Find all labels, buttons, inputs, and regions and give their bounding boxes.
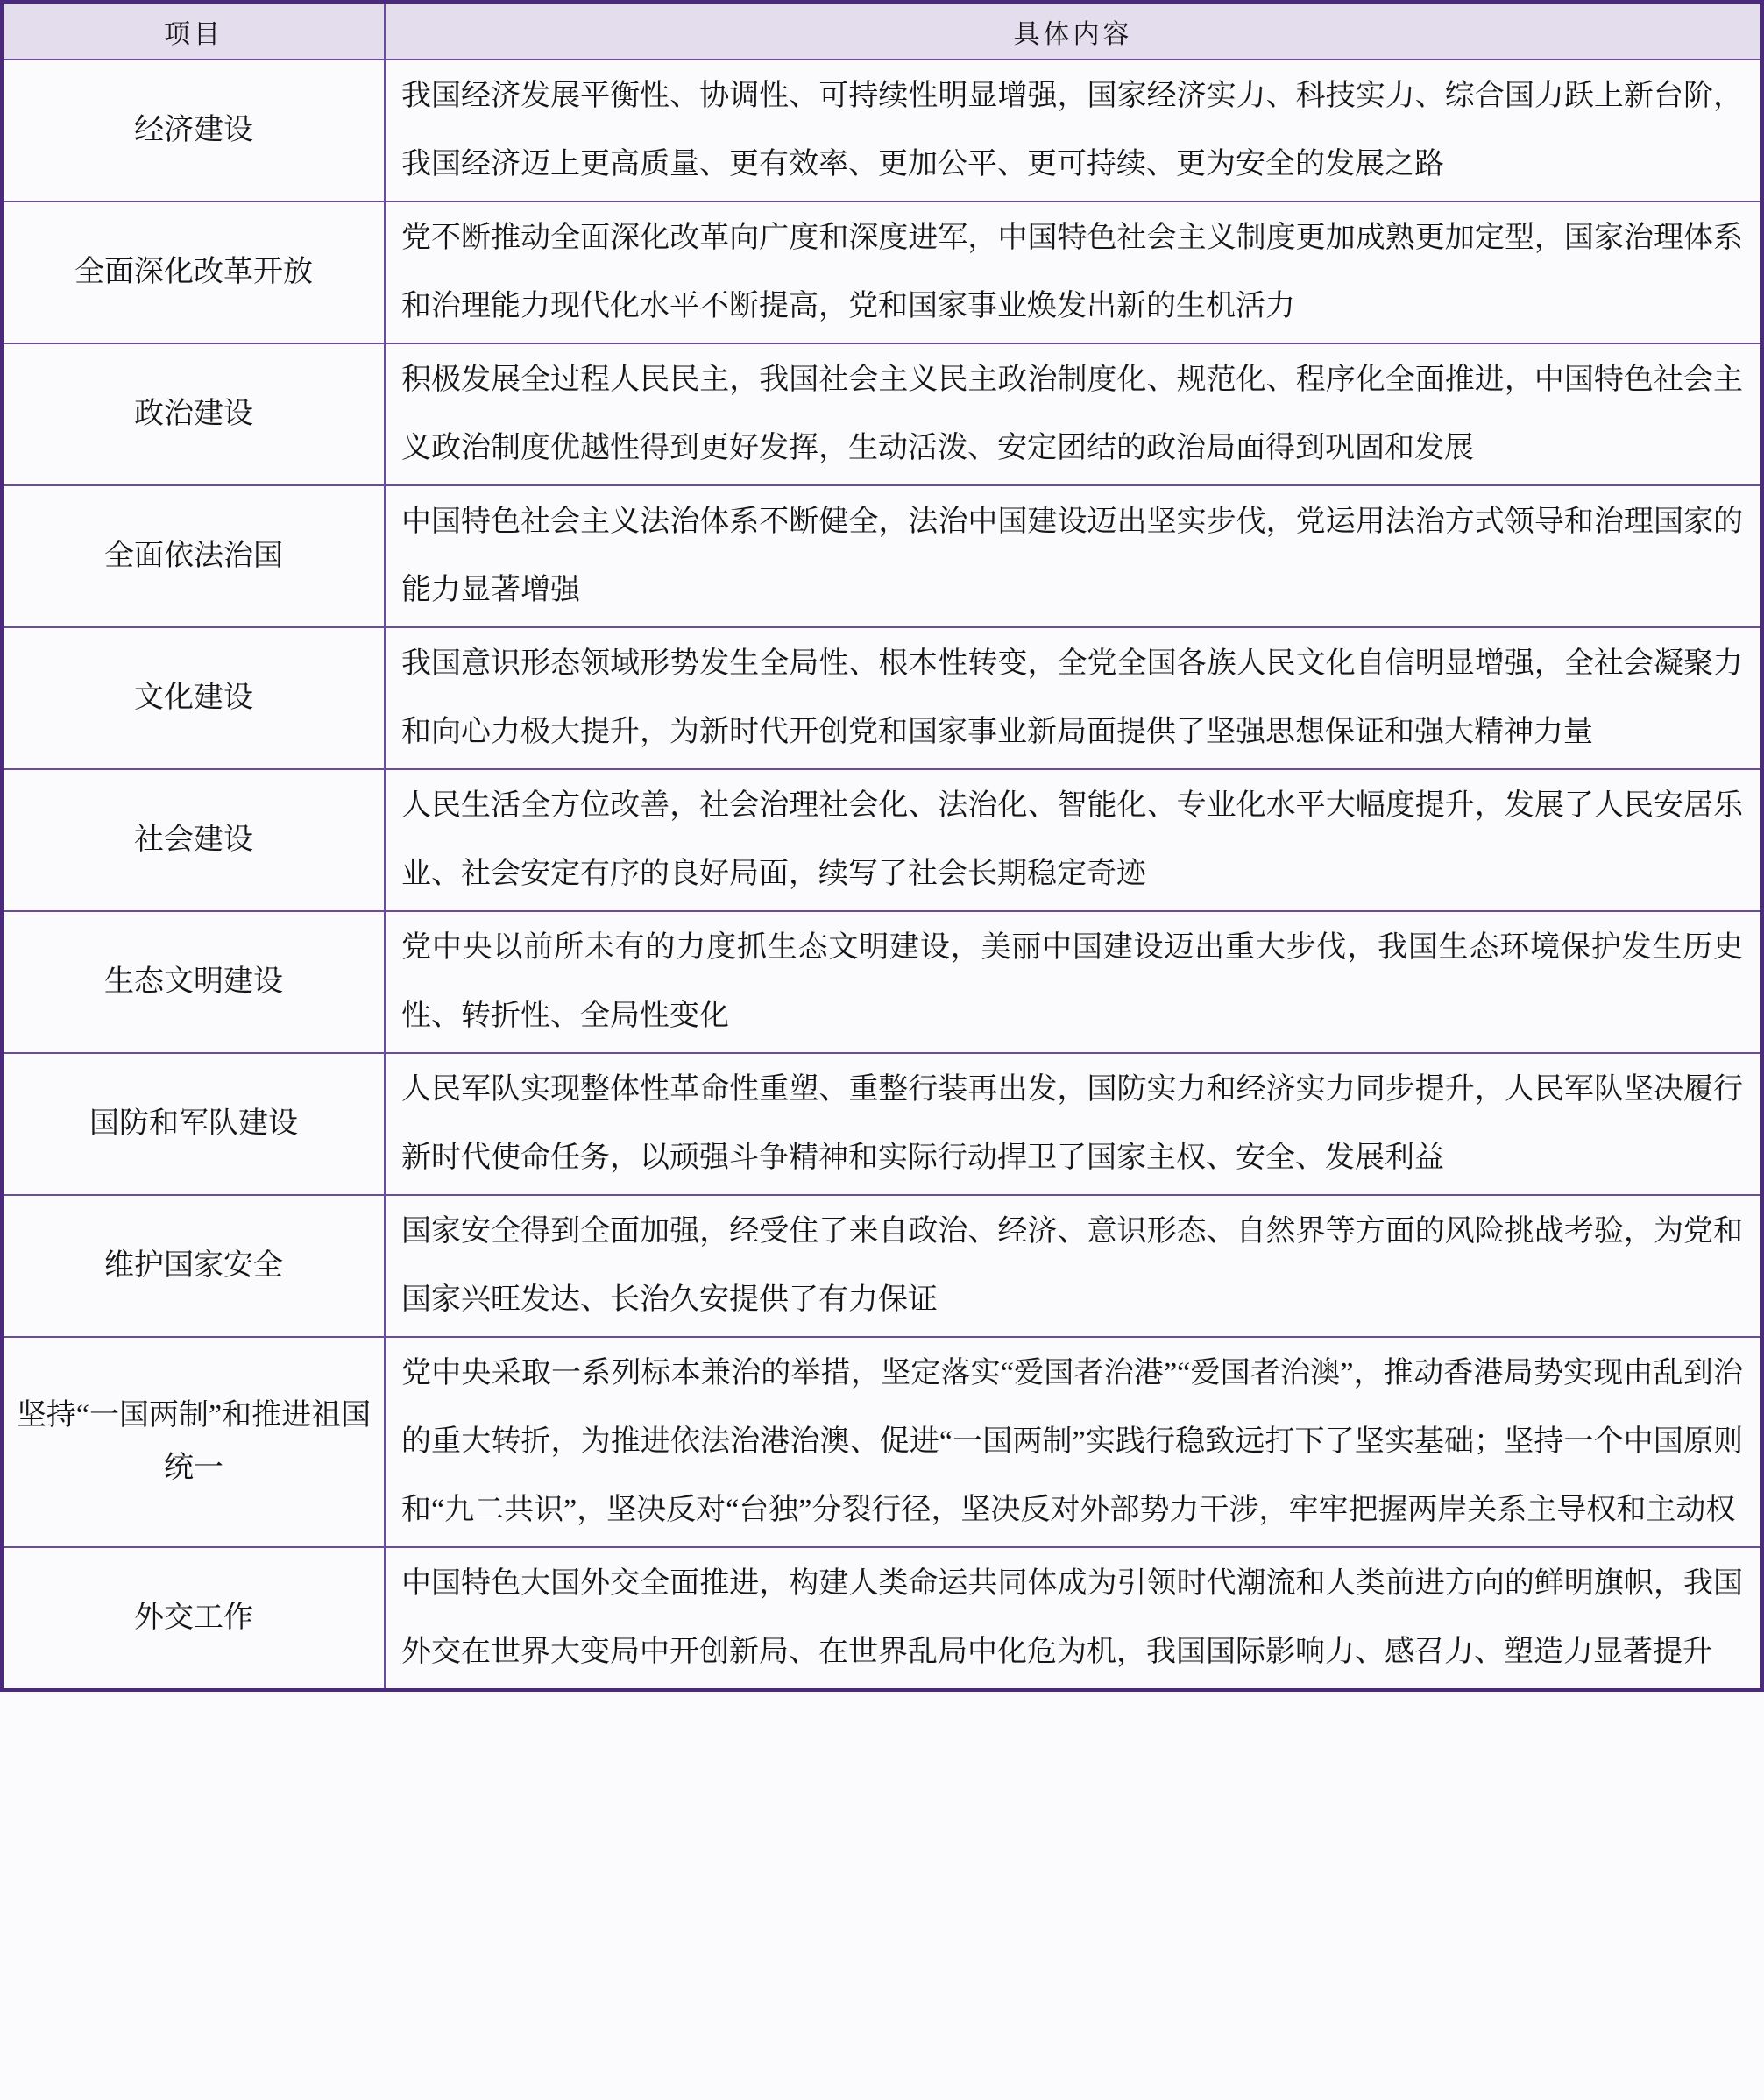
- table-row: 政治建设 积极发展全过程人民民主，我国社会主义民主政治制度化、规范化、程序化全面…: [2, 343, 1762, 485]
- table-row: 外交工作 中国特色大国外交全面推进，构建人类命运共同体成为引领时代潮流和人类前进…: [2, 1547, 1762, 1690]
- item-cell: 社会建设: [2, 769, 385, 911]
- table-row: 社会建设 人民生活全方位改善，社会治理社会化、法治化、智能化、专业化水平大幅度提…: [2, 769, 1762, 911]
- achievements-summary-table: 项目 具体内容 经济建设 我国经济发展平衡性、协调性、可持续性明显增强，国家经济…: [0, 0, 1764, 1692]
- table-row: 国防和军队建设 人民军队实现整体性革命性重塑、重整行装再出发，国防实力和经济实力…: [2, 1053, 1762, 1195]
- column-header-content: 具体内容: [385, 2, 1762, 60]
- item-cell: 政治建设: [2, 343, 385, 485]
- table-row: 全面深化改革开放 党不断推动全面深化改革向广度和深度进军，中国特色社会主义制度更…: [2, 202, 1762, 343]
- content-cell: 党中央以前所未有的力度抓生态文明建设，美丽中国建设迈出重大步伐，我国生态环境保护…: [385, 911, 1762, 1053]
- table-row: 维护国家安全 国家安全得到全面加强，经受住了来自政治、经济、意识形态、自然界等方…: [2, 1195, 1762, 1337]
- content-cell: 党不断推动全面深化改革向广度和深度进军，中国特色社会主义制度更加成熟更加定型，国…: [385, 202, 1762, 343]
- content-cell: 积极发展全过程人民民主，我国社会主义民主政治制度化、规范化、程序化全面推进，中国…: [385, 343, 1762, 485]
- item-cell: 坚持“一国两制”和推进祖国统一: [2, 1337, 385, 1547]
- table-row: 坚持“一国两制”和推进祖国统一 党中央采取一系列标本兼治的举措，坚定落实“爱国者…: [2, 1337, 1762, 1547]
- table-row: 经济建设 我国经济发展平衡性、协调性、可持续性明显增强，国家经济实力、科技实力、…: [2, 60, 1762, 202]
- item-cell: 维护国家安全: [2, 1195, 385, 1337]
- item-cell: 经济建设: [2, 60, 385, 202]
- column-header-item: 项目: [2, 2, 385, 60]
- item-cell: 文化建设: [2, 627, 385, 769]
- table-row: 生态文明建设 党中央以前所未有的力度抓生态文明建设，美丽中国建设迈出重大步伐，我…: [2, 911, 1762, 1053]
- content-cell: 我国意识形态领域形势发生全局性、根本性转变，全党全国各族人民文化自信明显增强，全…: [385, 627, 1762, 769]
- table-header: 项目 具体内容: [2, 2, 1762, 60]
- item-cell: 国防和军队建设: [2, 1053, 385, 1195]
- item-cell: 外交工作: [2, 1547, 385, 1690]
- table-body: 经济建设 我国经济发展平衡性、协调性、可持续性明显增强，国家经济实力、科技实力、…: [2, 60, 1762, 1690]
- document-page: 项目 具体内容 经济建设 我国经济发展平衡性、协调性、可持续性明显增强，国家经济…: [0, 0, 1764, 2100]
- item-cell: 全面深化改革开放: [2, 202, 385, 343]
- content-cell: 人民军队实现整体性革命性重塑、重整行装再出发，国防实力和经济实力同步提升，人民军…: [385, 1053, 1762, 1195]
- item-cell: 生态文明建设: [2, 911, 385, 1053]
- content-cell: 党中央采取一系列标本兼治的举措，坚定落实“爱国者治港”“爱国者治澳”，推动香港局…: [385, 1337, 1762, 1547]
- content-cell: 国家安全得到全面加强，经受住了来自政治、经济、意识形态、自然界等方面的风险挑战考…: [385, 1195, 1762, 1337]
- content-cell: 中国特色社会主义法治体系不断健全，法治中国建设迈出坚实步伐，党运用法治方式领导和…: [385, 485, 1762, 627]
- content-cell: 我国经济发展平衡性、协调性、可持续性明显增强，国家经济实力、科技实力、综合国力跃…: [385, 60, 1762, 202]
- header-row: 项目 具体内容: [2, 2, 1762, 60]
- item-cell: 全面依法治国: [2, 485, 385, 627]
- table-row: 文化建设 我国意识形态领域形势发生全局性、根本性转变，全党全国各族人民文化自信明…: [2, 627, 1762, 769]
- table-row: 全面依法治国 中国特色社会主义法治体系不断健全，法治中国建设迈出坚实步伐，党运用…: [2, 485, 1762, 627]
- content-cell: 中国特色大国外交全面推进，构建人类命运共同体成为引领时代潮流和人类前进方向的鲜明…: [385, 1547, 1762, 1690]
- content-cell: 人民生活全方位改善，社会治理社会化、法治化、智能化、专业化水平大幅度提升，发展了…: [385, 769, 1762, 911]
